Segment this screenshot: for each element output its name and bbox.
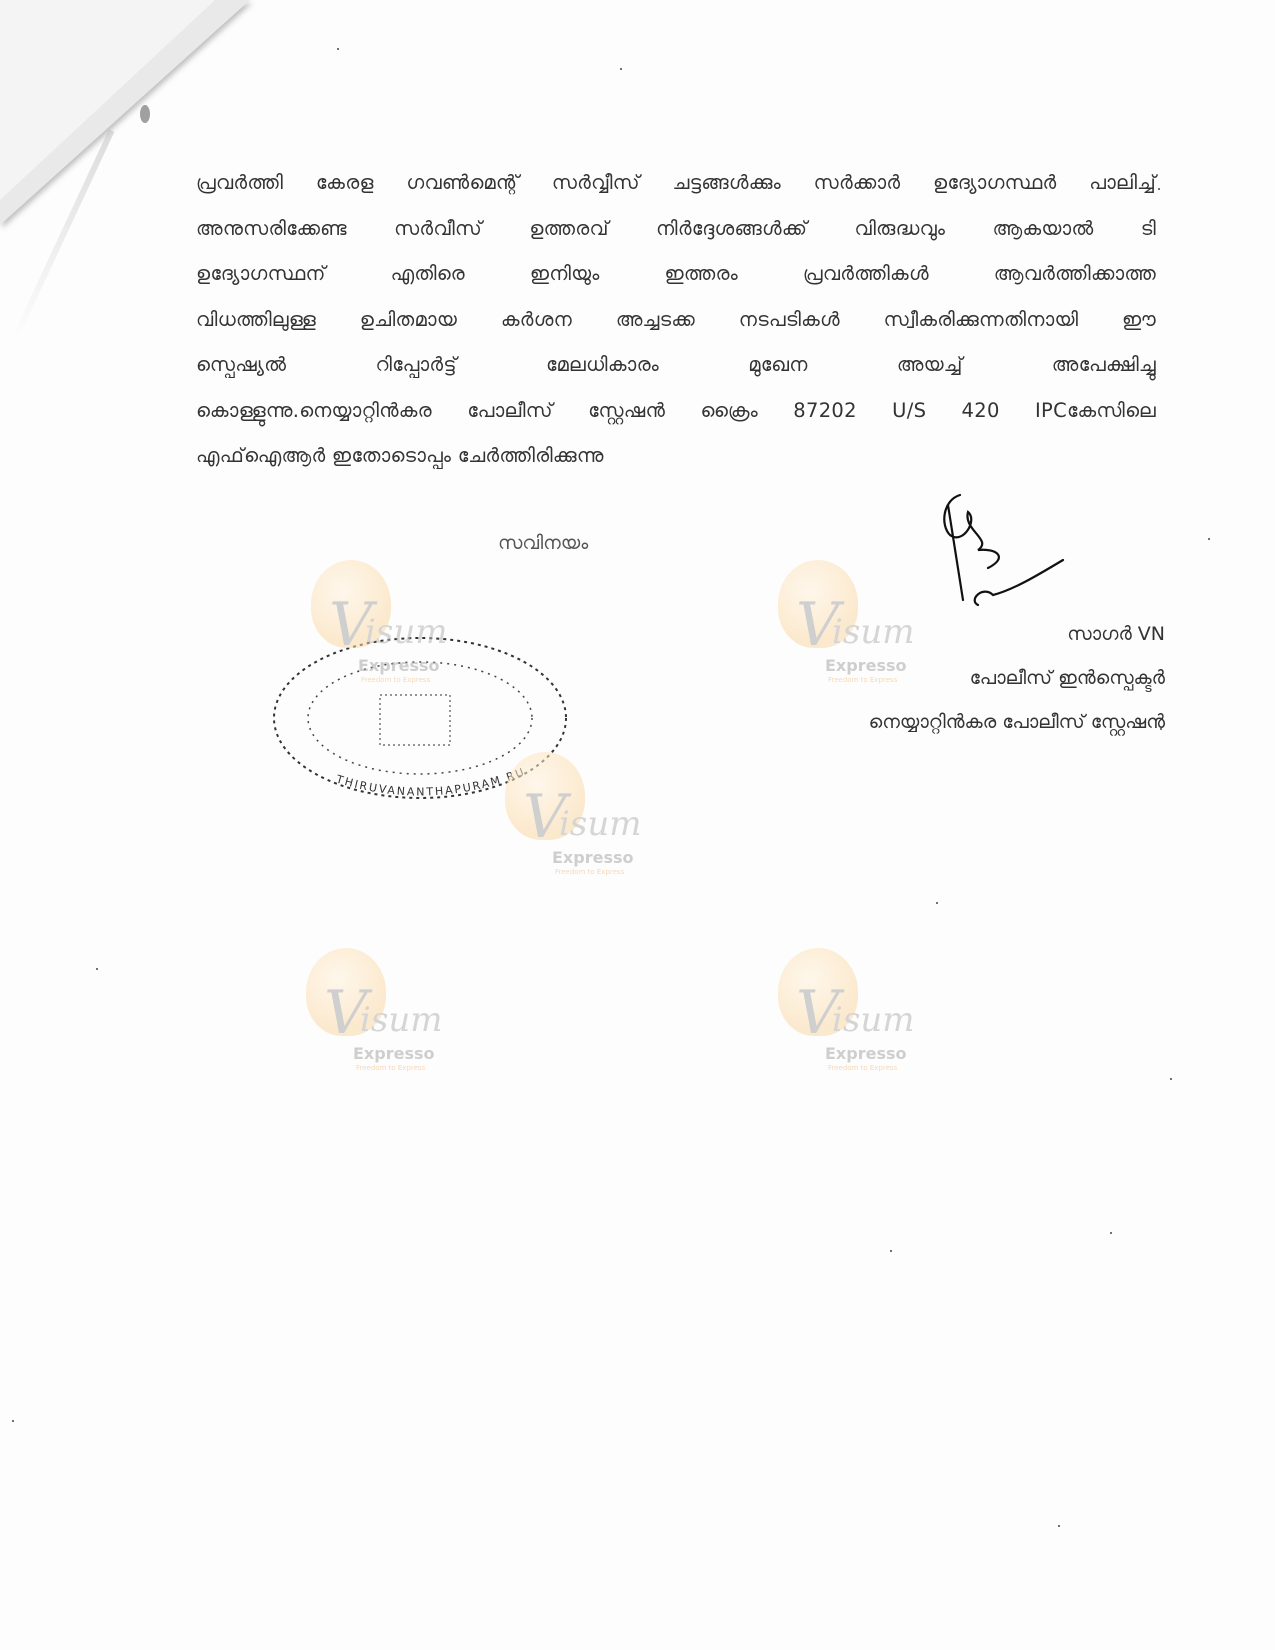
scan-speck — [12, 1420, 14, 1422]
scan-speck — [936, 902, 938, 904]
lightbulb-icon — [306, 948, 386, 1036]
signatory-office: നെയ്യാറ്റിൻകര പോലീസ് സ്റ്റേഷൻ — [869, 700, 1165, 744]
body-line: വിധത്തിലുള്ള ഉചിതമായ കർശന അച്ചടക്ക നടപടി… — [196, 297, 1156, 343]
scan-speck — [1160, 728, 1162, 730]
body-line: സ്പെഷ്യൽ റിപ്പോർട്ട് മേലധികാരം മുഖേന അയച… — [196, 342, 1156, 388]
body-line: കൊള്ളുന്നു.നെയ്യാറ്റിൻകര പോലീസ് സ്റ്റേഷൻ… — [196, 388, 1156, 434]
lightbulb-icon — [778, 560, 858, 648]
lightbulb-icon — [778, 948, 858, 1036]
scan-speck — [1110, 1232, 1112, 1234]
scan-speck — [620, 68, 622, 70]
closing-salutation: സവിനയം — [498, 532, 588, 554]
signatory-designation: പോലീസ് ഇൻസ്പെക്ടർ — [869, 656, 1165, 700]
watermark: V isum Expresso Freedom to Express — [298, 948, 448, 1078]
letter-body: പ്രവർത്തി കേരള ഗവൺമെന്റ് സർവ്വീസ് ചട്ടങ്… — [196, 160, 1156, 479]
signature — [938, 490, 1078, 610]
body-line: എഫ്ഐആർ ഇതോടൊപ്പം ചേർത്തിരിക്കുന്നു — [196, 433, 1156, 479]
scan-speck — [96, 968, 98, 970]
scan-speck — [1170, 1078, 1172, 1080]
signature-block: സാഗർ VN പോലീസ് ഇൻസ്പെക്ടർ നെയ്യാറ്റിൻകര … — [869, 612, 1165, 744]
body-line: പ്രവർത്തി കേരള ഗവൺമെന്റ് സർവ്വീസ് ചട്ടങ്… — [196, 160, 1156, 206]
scan-speck — [1058, 1525, 1060, 1527]
watermark: V isum Expresso Freedom to Express — [770, 948, 920, 1078]
signatory-name: സാഗർ VN — [869, 612, 1165, 656]
scan-speck — [1208, 538, 1210, 540]
police-station-seal: THIRUVANANTHAPURAM RURAL — [270, 633, 570, 803]
body-line: ഉദ്യോഗസ്ഥന് എതിരെ ഇനിയും ഇത്തരം പ്രവർത്ത… — [196, 251, 1156, 297]
scan-speck — [337, 48, 339, 50]
body-line: അനുസരിക്കേണ്ട സർവീസ് ഉത്തരവ് നിർദ്ദേശങ്ങ… — [196, 206, 1156, 252]
scan-speck — [890, 1250, 892, 1252]
scan-speck — [1158, 188, 1160, 190]
scan-smudge — [140, 105, 150, 123]
page-corner-fold-inner — [0, 0, 215, 200]
